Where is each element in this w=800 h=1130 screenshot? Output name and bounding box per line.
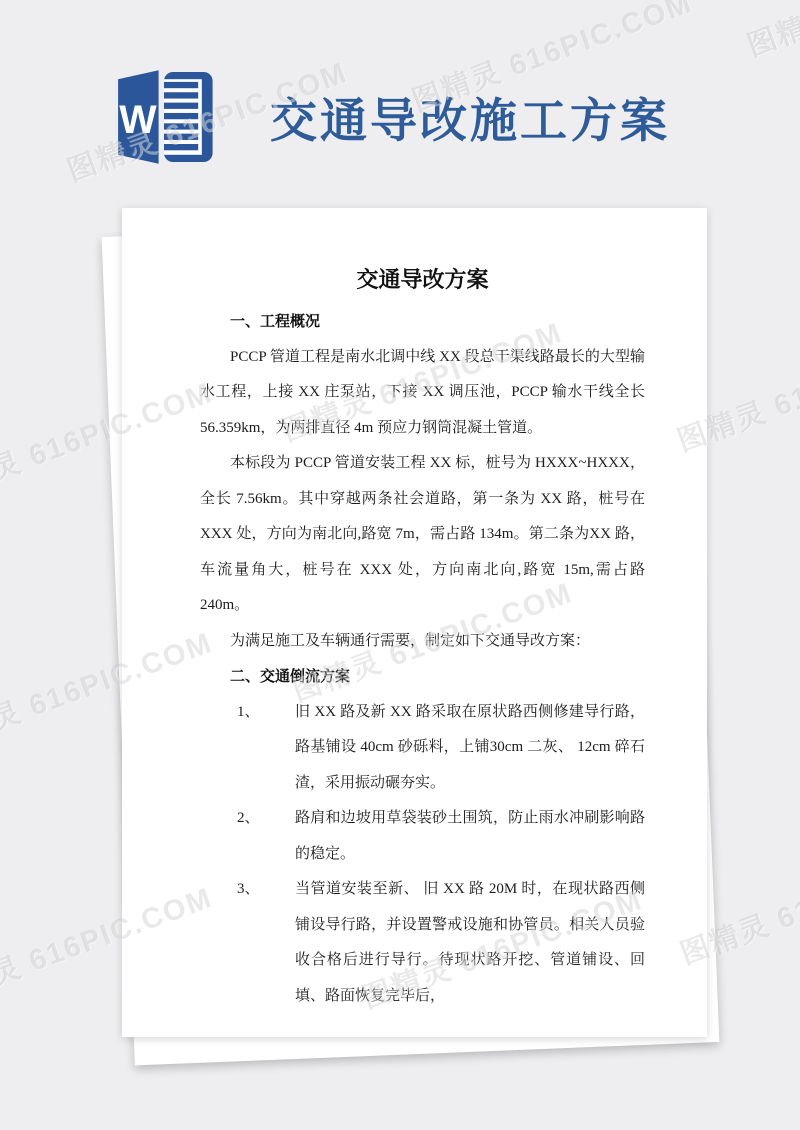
svg-text:W: W [119, 98, 157, 142]
paragraph: 为满足施工及车辆通行需要，制定如下交通导改方案： [200, 624, 645, 660]
list-item: 1、旧 XX 路及新 XX 路采取在原状路西侧修建导行路，路基铺设 40cm 砂… [237, 695, 645, 802]
section-heading: 一、工程概况 [200, 304, 645, 340]
list-item-text: 当管道安装至新、 旧 XX 路 20M 时，在现状路西侧铺设导行路，并设置警戒设… [295, 872, 645, 1014]
header-title: 交通导改施工方案 [270, 84, 670, 151]
document-page: 交通导改方案 一、工程概况PCCP 管道工程是南水北调中线 XX 段总干渠线路最… [122, 208, 707, 1037]
list-item-number: 2、 [237, 801, 295, 872]
list-item-number: 3、 [237, 872, 295, 1014]
document-body: 一、工程概况PCCP 管道工程是南水北调中线 XX 段总干渠线路最长的大型输水工… [200, 304, 645, 1014]
page-canvas: W 交通导改施工方案 交通导改方案 一、工程概况PCCP 管道工程是南水北调中线… [0, 0, 800, 1130]
paragraph: PCCP 管道工程是南水北调中线 XX 段总干渠线路最长的大型输水工程，上接 X… [200, 340, 645, 447]
list-item: 3、当管道安装至新、 旧 XX 路 20M 时，在现状路西侧铺设导行路，并设置警… [237, 872, 645, 1014]
header: W 交通导改施工方案 [110, 62, 670, 172]
document-title: 交通导改方案 [200, 266, 645, 294]
word-icon: W [110, 65, 218, 169]
list-item-text: 旧 XX 路及新 XX 路采取在原状路西侧修建导行路，路基铺设 40cm 砂砾料… [295, 695, 645, 802]
paragraph: 本标段为 PCCP 管道安装工程 XX 标，桩号为 HXXX~HXXX，全长 7… [200, 446, 645, 624]
section-heading: 二、交通倒流方案 [200, 659, 645, 695]
list-item-number: 1、 [237, 695, 295, 802]
list-item: 2、路肩和边坡用草袋装砂土围筑，防止雨水冲刷影响路的稳定。 [237, 801, 645, 872]
watermark: 图精灵 616PIC.COM [741, 0, 800, 65]
list-item-text: 路肩和边坡用草袋装砂土围筑，防止雨水冲刷影响路的稳定。 [295, 801, 645, 872]
